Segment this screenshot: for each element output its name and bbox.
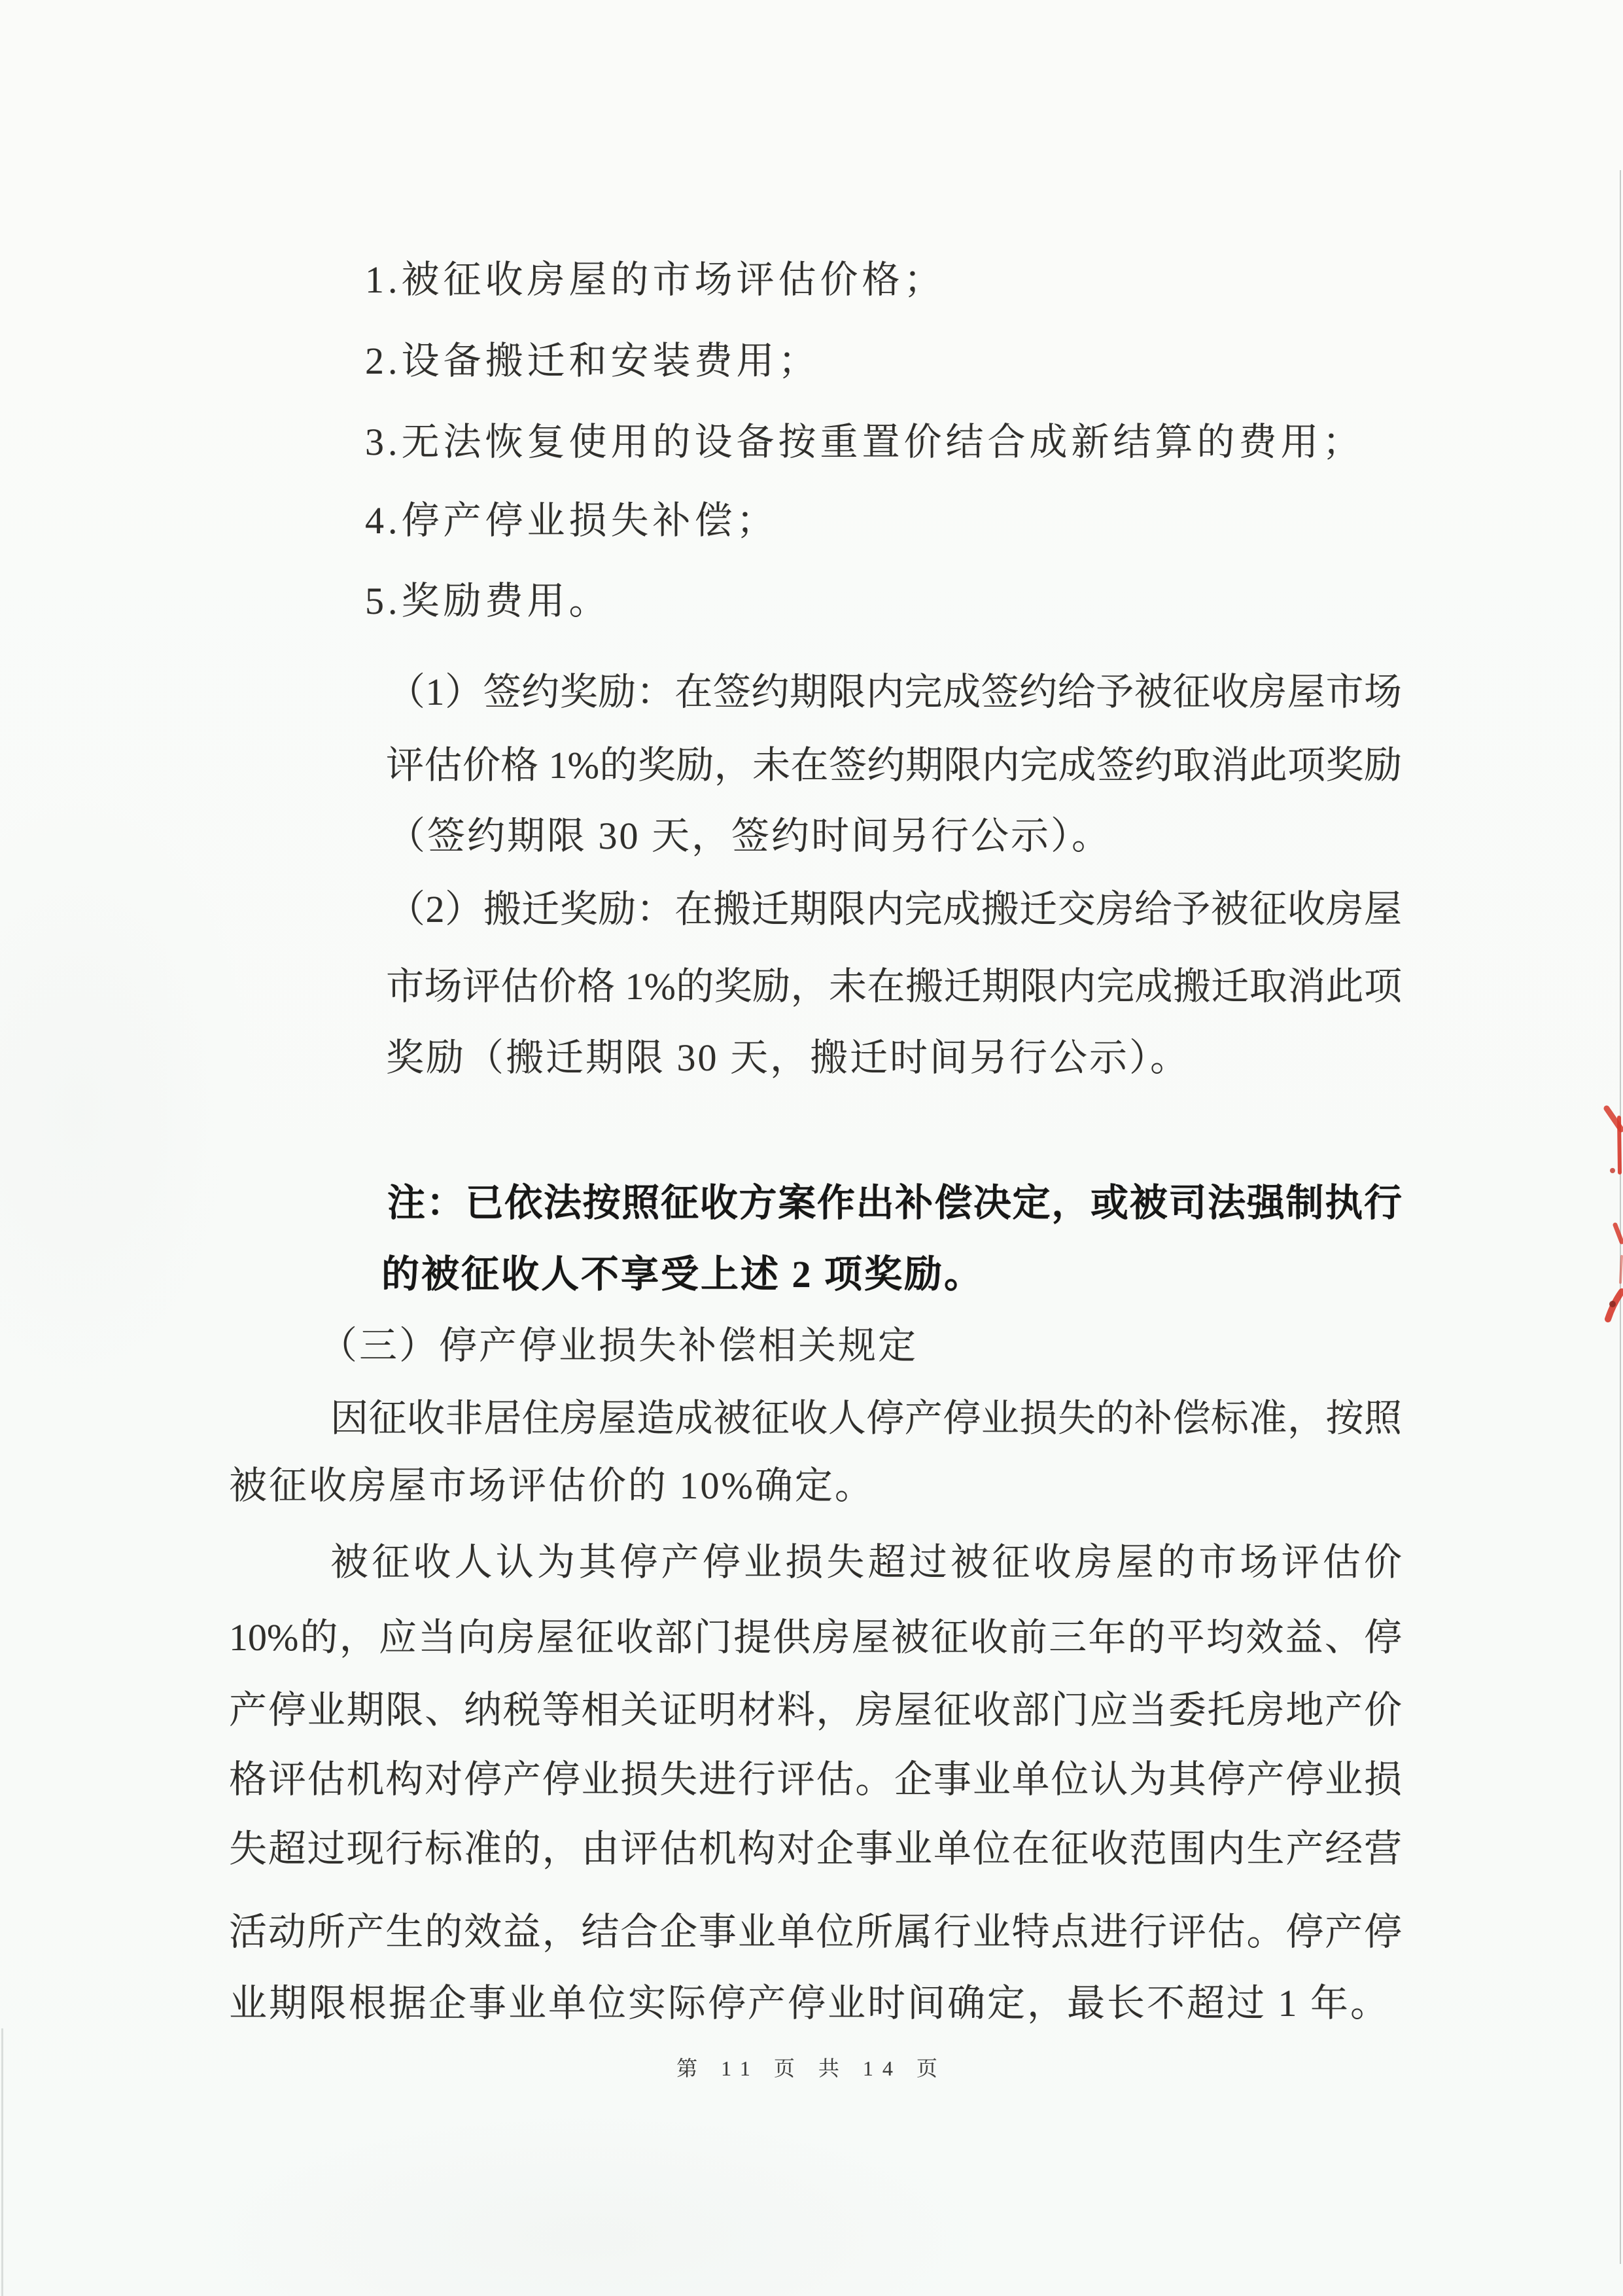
document-line: （2）搬迁奖励：在搬迁期限内完成搬迁交房给予被征收房屋 [387, 885, 1402, 934]
document-line: 奖励（搬迁期限 30 天，搬迁时间另行公示）。 [386, 1034, 1190, 1082]
document-line: 被征收房屋市场评估价的 10%确定。 [229, 1462, 875, 1510]
document-line: 3.无法恢复使用的设备按重置价结合成新结算的费用； [365, 418, 1365, 467]
document-line: 活动所产生的效益，结合企事业单位所属行业特点进行评估。停产停 [229, 1908, 1402, 1956]
document-line: 10%的，应当向房屋征收部门提供房屋被征收前三年的平均效益、停 [229, 1614, 1402, 1662]
document-line: 评估价格 1%的奖励，未在签约期限内完成签约取消此项奖励 [386, 741, 1402, 790]
note-line: 的被征收人不享受上述 2 项奖励。 [381, 1250, 984, 1299]
page-number: 第 11 页 共 14 页 [0, 2052, 1623, 2082]
document-line: 格评估机构对停产停业损失进行评估。企事业单位认为其停产停业损 [229, 1756, 1402, 1804]
document-line: （签约期限 30 天，签约时间另行公示）。 [387, 812, 1111, 860]
page-edge-line [1, 2028, 3, 2296]
document-line: 5.奖励费用。 [365, 577, 611, 626]
document-line: 4.停产停业损失补偿； [365, 497, 778, 545]
document-line: 2.设备搬迁和安装费用； [365, 337, 820, 385]
section-heading: （三）停产停业损失补偿相关规定 [319, 1322, 918, 1370]
document-line: 市场评估价格 1%的奖励，未在搬迁期限内完成搬迁取消此项 [386, 963, 1402, 1011]
note-line: 注：已依法按照征收方案作出补偿决定，或被司法强制执行 [387, 1179, 1402, 1227]
document-line: 失超过现行标准的，由评估机构对企事业单位在征收范围内生产经营 [229, 1825, 1402, 1873]
document-page: 1.被征收房屋的市场评估价格； 2.设备搬迁和安装费用； 3.无法恢复使用的设备… [0, 0, 1623, 2296]
red-edge-marks [1588, 1086, 1623, 1335]
document-line: 1.被征收房屋的市场评估价格； [365, 256, 946, 304]
document-line: 被征收人认为其停产停业损失超过被征收房屋的市场评估价 [229, 1538, 1402, 1587]
document-line: 产停业期限、纳税等相关证明材料，房屋征收部门应当委托房地产价 [229, 1686, 1402, 1735]
document-line: 因征收非居住房屋造成被征收人停产停业损失的补偿标准，按照 [229, 1394, 1402, 1443]
document-line: 业期限根据企事业单位实际停产停业时间确定，最长不超过 1 年。 [229, 1979, 1390, 2028]
document-line: （1）签约奖励：在签约期限内完成签约给予被征收房屋市场 [387, 668, 1402, 716]
